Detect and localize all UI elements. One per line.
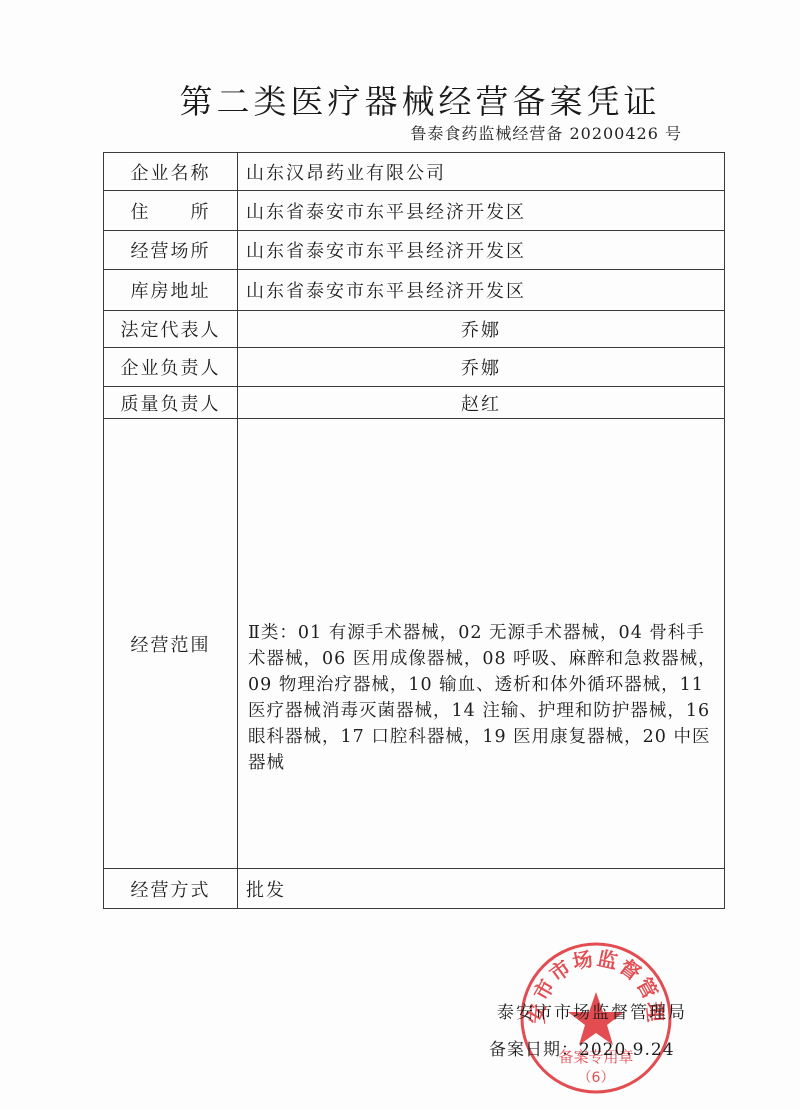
value-warehouse-address: 山东省泰安市东平县经济开发区 xyxy=(238,270,725,311)
row-warehouse-address: 库房地址 山东省泰安市东平县经济开发区 xyxy=(104,270,725,311)
value-legal-representative: 乔娜 xyxy=(238,311,725,348)
row-business-scope: 经营范围 Ⅱ类：01 有源手术器械，02 无源手术器械，04 骨科手术器械，06… xyxy=(104,419,725,869)
filing-date-label: 备案日期： xyxy=(489,1040,579,1060)
label-business-mode: 经营方式 xyxy=(104,869,238,909)
business-scope-text: Ⅱ类：01 有源手术器械，02 无源手术器械，04 骨科手术器械，06 医用成像… xyxy=(248,512,718,776)
value-domicile: 山东省泰安市东平县经济开发区 xyxy=(238,191,725,231)
label-business-premises: 经营场所 xyxy=(104,231,238,270)
row-enterprise-head: 企业负责人 乔娜 xyxy=(104,348,725,387)
seal-number: （6） xyxy=(578,1070,615,1086)
record-number: 鲁泰食药监械经营备 20200426 号 xyxy=(410,121,682,144)
certificate-page: 第二类医疗器械经营备案凭证 鲁泰食药监械经营备 20200426 号 企业名称 … xyxy=(0,0,800,1109)
label-warehouse-address: 库房地址 xyxy=(104,270,238,311)
value-enterprise-head: 乔娜 xyxy=(238,348,725,387)
row-business-mode: 经营方式 批发 xyxy=(104,869,725,909)
row-domicile: 住 所 山东省泰安市东平县经济开发区 xyxy=(104,191,725,231)
certificate-table: 企业名称 山东汉昂药业有限公司 住 所 山东省泰安市东平县经济开发区 经营场所 … xyxy=(103,152,725,909)
label-quality-head: 质量负责人 xyxy=(104,387,238,419)
row-business-premises: 经营场所 山东省泰安市东平县经济开发区 xyxy=(104,231,725,270)
issuing-authority: 泰安市市场监督管理局 xyxy=(497,998,687,1023)
value-business-scope: Ⅱ类：01 有源手术器械，02 无源手术器械，04 骨科手术器械，06 医用成像… xyxy=(238,419,725,869)
label-enterprise-head: 企业负责人 xyxy=(104,348,238,387)
label-legal-representative: 法定代表人 xyxy=(104,311,238,348)
row-quality-head: 质量负责人 赵红 xyxy=(104,387,725,419)
row-company-name: 企业名称 山东汉昂药业有限公司 xyxy=(104,153,725,191)
label-company-name: 企业名称 xyxy=(104,153,238,191)
filing-date-line: 备案日期：2020.9.24 xyxy=(489,1035,675,1060)
label-business-scope: 经营范围 xyxy=(104,419,238,869)
label-domicile: 住 所 xyxy=(104,191,238,231)
value-quality-head: 赵红 xyxy=(238,387,725,419)
value-company-name: 山东汉昂药业有限公司 xyxy=(238,153,725,191)
filing-date-value: 2020.9.24 xyxy=(579,1040,675,1060)
row-legal-representative: 法定代表人 乔娜 xyxy=(104,311,725,348)
document-title: 第二类医疗器械经营备案凭证 xyxy=(0,76,800,123)
value-business-mode: 批发 xyxy=(238,869,725,909)
value-business-premises: 山东省泰安市东平县经济开发区 xyxy=(238,231,725,270)
